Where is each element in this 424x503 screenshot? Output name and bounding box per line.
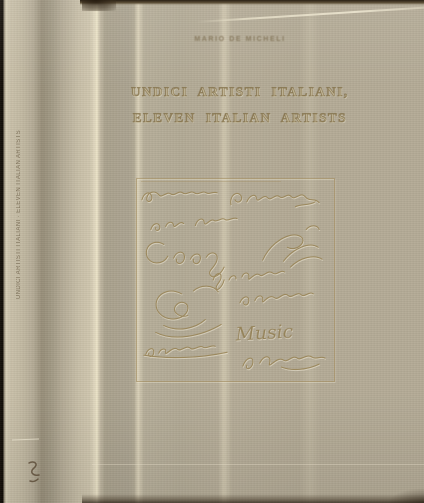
spine-ink-mark — [22, 460, 44, 484]
book-cover-photo: UNDICI ARTISTI ITALIANI · ELEVEN ITALIAN… — [0, 0, 424, 503]
artist-signature — [243, 356, 325, 369]
horizontal-crease — [92, 464, 424, 465]
artist-signature — [231, 193, 319, 206]
board-top-edge — [80, 0, 424, 5]
artist-signature — [144, 346, 227, 358]
board-bottom-edge — [82, 494, 424, 503]
title-english: ELEVEN ITALIAN ARTISTS — [102, 110, 378, 126]
spine-title-text: UNDICI ARTISTI ITALIANI · ELEVEN ITALIAN… — [16, 130, 22, 299]
artist-signature — [240, 293, 313, 305]
signature-panel: Music — [136, 178, 335, 382]
spine: UNDICI ARTISTI ITALIANI · ELEVEN ITALIAN… — [9, 116, 29, 314]
artist-signature — [263, 226, 322, 267]
artist-signature — [213, 271, 284, 289]
bottom-right-corner-shadow — [388, 488, 424, 503]
artist-signature — [151, 218, 237, 230]
artist-signature — [146, 242, 224, 277]
signatures-artwork: Music — [137, 179, 334, 381]
author-line: MARIO DE MICHELI — [120, 36, 360, 43]
artist-signature — [142, 192, 217, 201]
artist-signature — [156, 286, 221, 337]
headcap-shadow — [82, 0, 116, 11]
title-italian: UNDICI ARTISTI ITALIANI, — [102, 84, 378, 100]
artist-signature-music: Music — [234, 321, 294, 345]
